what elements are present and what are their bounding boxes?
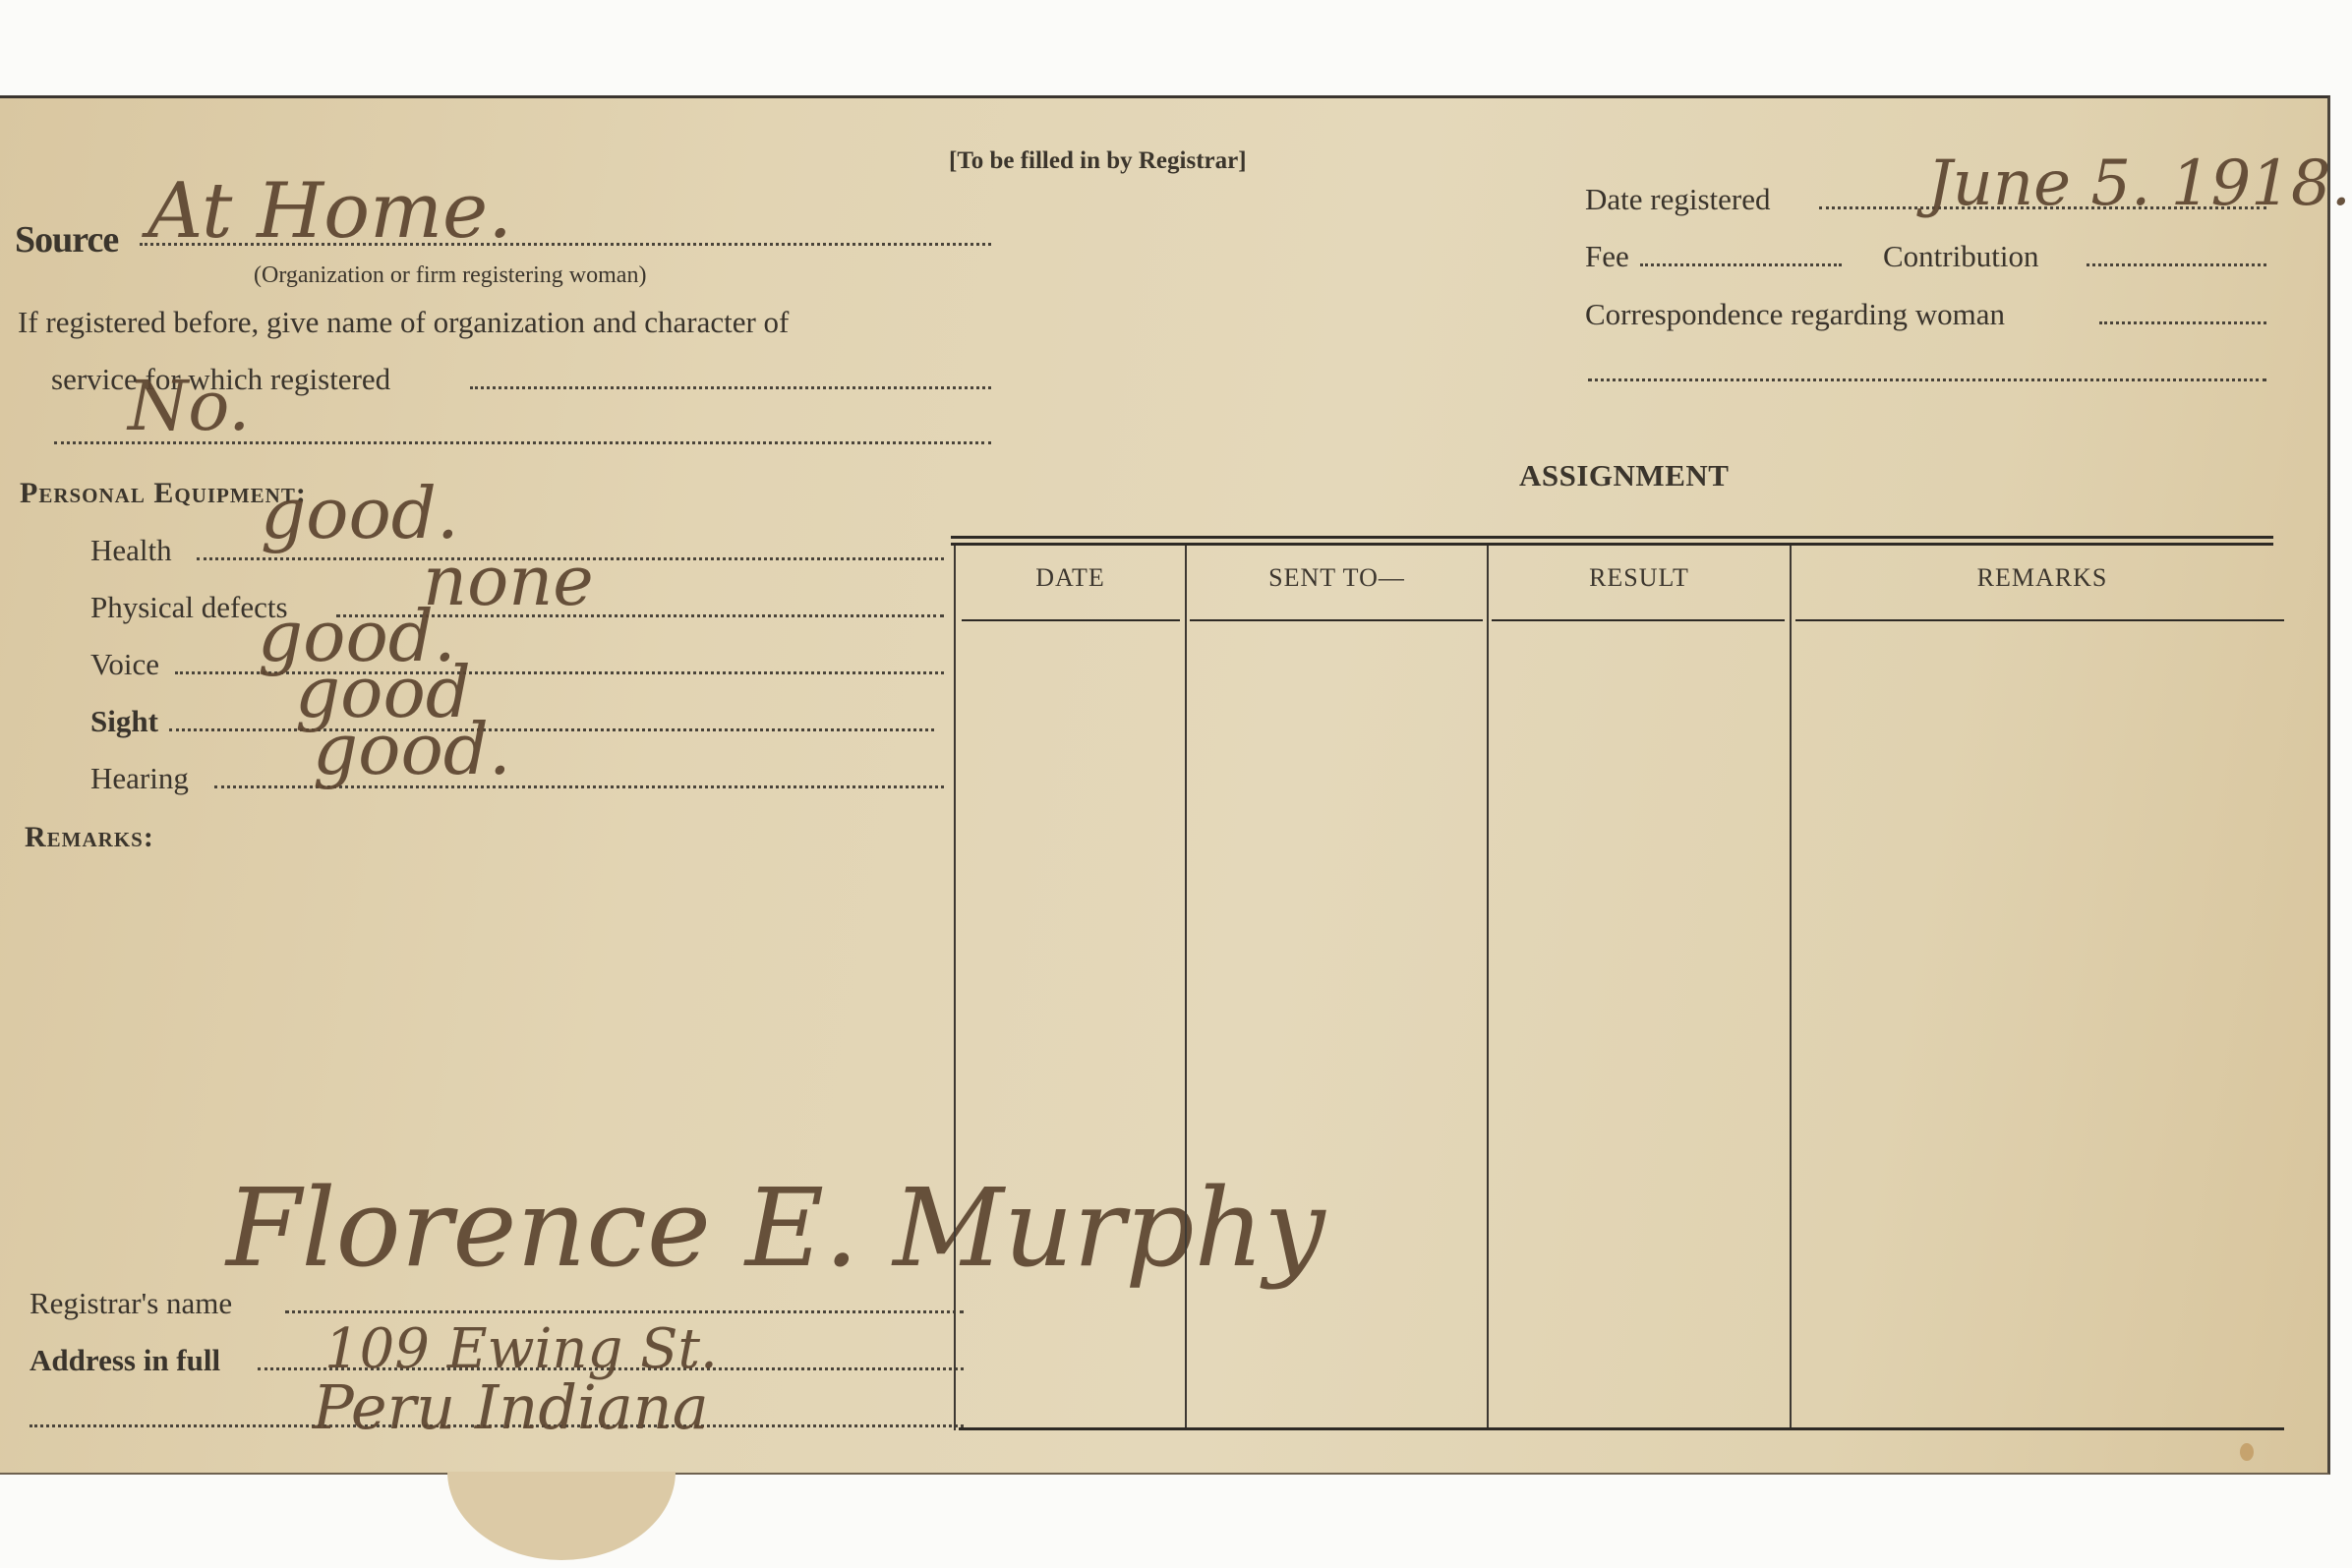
header-underline-sent-to [1190, 619, 1483, 621]
column-header-date: DATE [956, 563, 1185, 593]
source-label: Source [15, 218, 118, 261]
registrar-name-label: Registrar's name [29, 1286, 232, 1321]
column-header-remarks: REMARKS [1792, 563, 2293, 593]
previous-registration-value[interactable]: No. [128, 366, 250, 446]
table-col-divider-2 [1487, 546, 1489, 1430]
header-underline-result [1492, 619, 1785, 621]
sight-line [169, 728, 934, 731]
registrar-note: [To be filled in by Registrar] [949, 147, 1247, 175]
correspondence-line-2 [1588, 378, 2266, 381]
date-registered-label: Date registered [1585, 182, 1770, 217]
correspondence-line-1 [2099, 321, 2266, 324]
contribution-line [2087, 263, 2266, 266]
header-underline-remarks [1795, 619, 2284, 621]
health-label: Health [90, 533, 172, 568]
table-col-divider-0 [954, 546, 956, 1430]
fee-line [1640, 263, 1842, 266]
remarks-label: Remarks: [25, 821, 154, 854]
previous-registration-label-1: If registered before, give name of organ… [18, 305, 789, 340]
ink-spot [2240, 1443, 2254, 1461]
voice-label: Voice [90, 647, 159, 682]
contribution-label: Contribution [1883, 239, 2038, 274]
fee-label: Fee [1585, 239, 1629, 274]
hearing-label: Hearing [90, 761, 189, 796]
column-header-sent-to: SENT TO— [1187, 563, 1487, 593]
header-underline-date [962, 619, 1180, 621]
address-value-2[interactable]: Peru Indiana [313, 1371, 709, 1443]
card-index-tab [447, 1472, 676, 1560]
address-label: Address in full [29, 1343, 220, 1378]
previous-registration-line-1 [470, 386, 991, 389]
table-top-rule-2 [951, 543, 2273, 546]
table-col-divider-1 [1185, 546, 1187, 1430]
date-registered-value[interactable]: June 5. 1918. [1927, 147, 2351, 220]
registrar-name-value[interactable]: Florence E. Murphy [226, 1165, 1325, 1291]
source-caption: (Organization or firm registering woman) [254, 262, 646, 289]
sight-label: Sight [90, 704, 158, 739]
assignment-title: ASSIGNMENT [1519, 458, 1729, 494]
hearing-value[interactable]: good. [313, 708, 511, 790]
table-top-rule-1 [951, 536, 2273, 539]
correspondence-label: Correspondence regarding woman [1585, 297, 2005, 332]
source-value[interactable]: At Home. [147, 167, 512, 256]
registrar-name-line [285, 1310, 964, 1313]
column-header-result: RESULT [1489, 563, 1790, 593]
table-bottom-rule [959, 1427, 2284, 1430]
table-col-divider-3 [1790, 546, 1792, 1430]
